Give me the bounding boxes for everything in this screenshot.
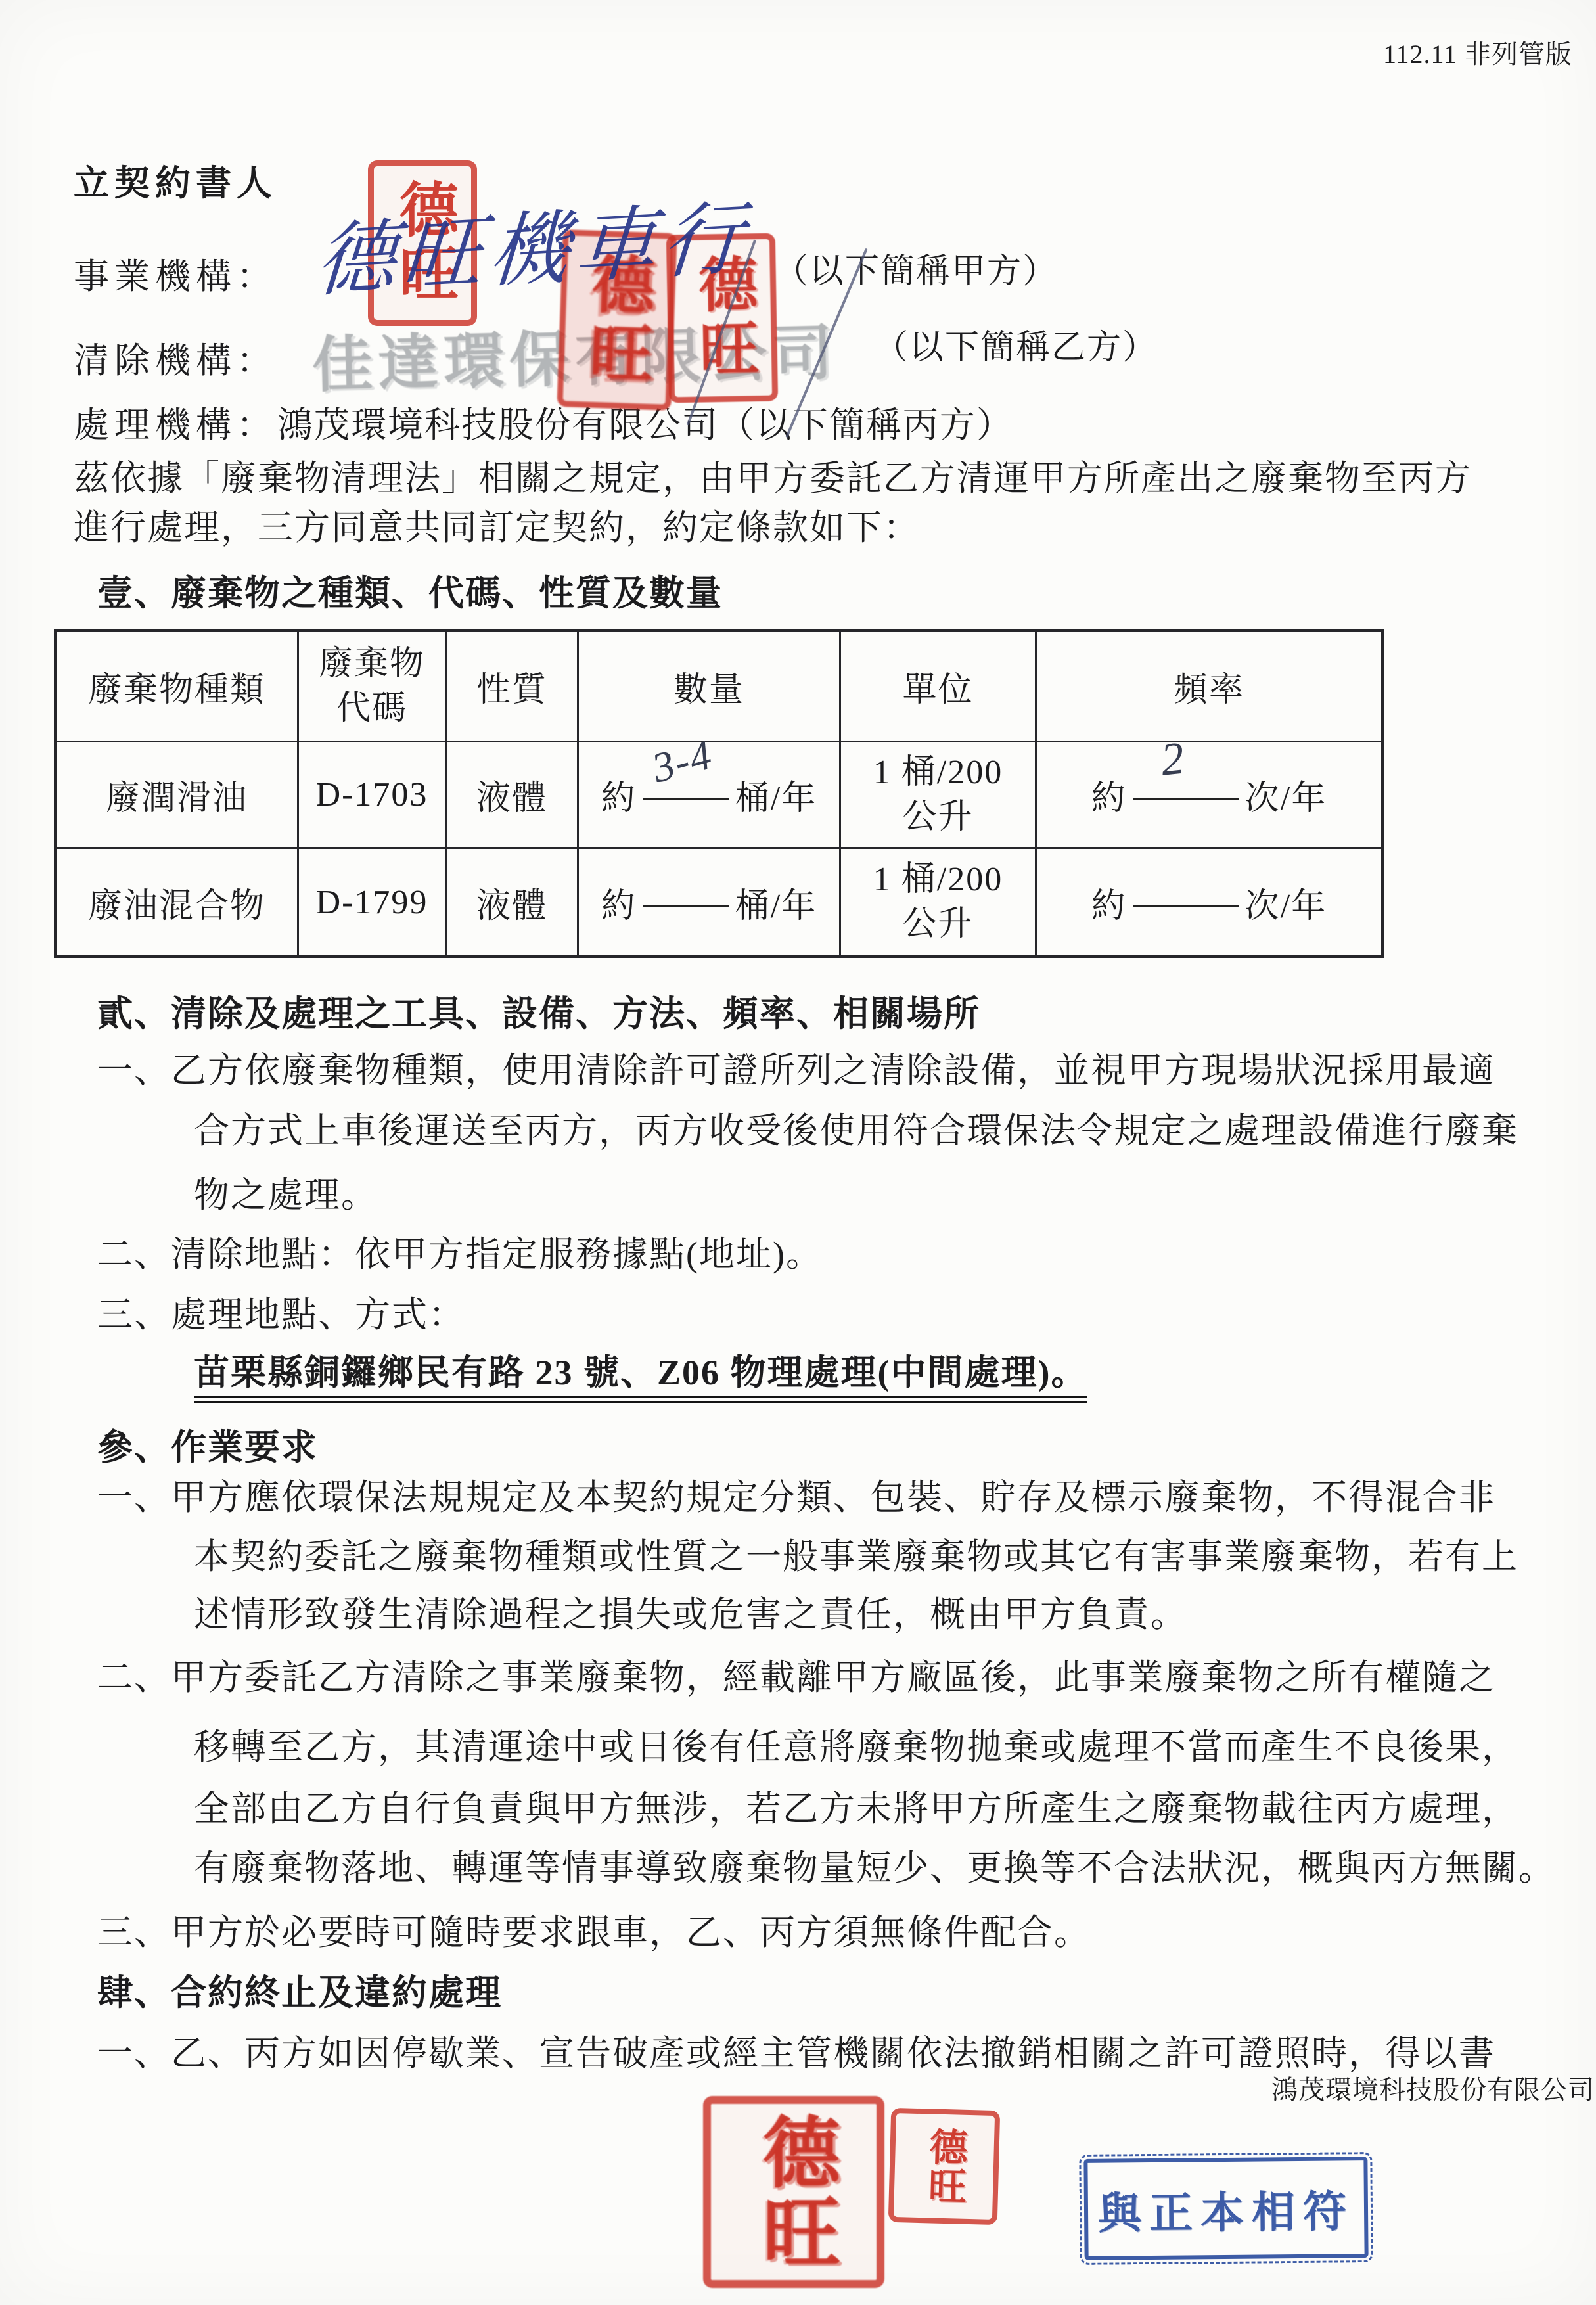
- blank-underline: 3-4: [643, 790, 729, 800]
- clause-line: 一、乙方依廢棄物種類，使用清除許可證所列之清除設備，並視甲方現場狀況採用最適: [97, 1050, 1495, 1091]
- code-cell: D-1799: [299, 849, 447, 955]
- preamble-line: 茲依據「廢棄物清理法」相關之規定，由甲方委託乙方清運甲方所產出之廢棄物至丙方: [74, 458, 1472, 499]
- clause-line: 二、甲方委託乙方清除之事業廢棄物，經載離甲方廠區後，此事業廢棄物之所有權隨之: [97, 1657, 1495, 1698]
- party-c-suffix: （以下簡稱丙方）: [719, 405, 1013, 445]
- clause-line: 有廢棄物落地、轉運等情事導致廢棄物量短少、更換等不合法狀況，概與丙方無關。: [194, 1848, 1555, 1888]
- blank-underline: 2: [1133, 790, 1239, 800]
- blank-underline: [1133, 897, 1239, 907]
- blank-underline: [643, 897, 729, 907]
- table-header-nature: 性質: [447, 632, 579, 742]
- code-cell: D-1703: [299, 742, 447, 849]
- table-header-waste-type: 廢棄物種類: [57, 632, 299, 742]
- clause-line: 一、甲方應依環保法規規定及本契約規定分類、包裝、貯存及標示廢棄物，不得混合非: [97, 1477, 1495, 1518]
- section2-heading: 貳、清除及處理之工具、設備、方法、頻率、相關場所: [97, 993, 980, 1034]
- party-b-suffix: （以下簡稱乙方）: [874, 329, 1158, 368]
- certification-stamp-text: 與正本相符: [1098, 2176, 1355, 2241]
- seal-text: 德旺: [915, 2126, 972, 2206]
- waste-type-cell: 廢潤滑油: [57, 742, 299, 849]
- preamble-line: 進行處理，三方同意共同訂定契約，約定條款如下：: [74, 507, 920, 548]
- section3-heading: 參、作業要求: [97, 1427, 318, 1468]
- seal-text: 德旺: [738, 2112, 850, 2272]
- party-a-suffix: （以下簡稱甲方）: [774, 252, 1058, 292]
- red-seal-stamp: 德旺: [888, 2108, 1000, 2225]
- frequency-cell: 約2次/年: [1037, 742, 1381, 849]
- unit-cell: 1 桶/200公升: [841, 849, 1037, 955]
- table-header-quantity: 數量: [579, 632, 841, 742]
- table-header-frequency: 頻率: [1037, 632, 1381, 742]
- waste-type-cell: 廢油混合物: [57, 849, 299, 955]
- clause-line: 合方式上車後運送至丙方，丙方收受後使用符合環保法令規定之處理設備進行廢棄: [194, 1110, 1518, 1151]
- page-title: 立契約書人: [74, 163, 277, 204]
- contract-scan-page: 112.11 非列管版 立契約書人 事業機構： 德旺機車行 （以下簡稱甲方） 德…: [0, 0, 1596, 2305]
- clause-line: 移轉至乙方，其清運途中或日後有任意將廢棄物拋棄或處理不當而產生不良後果，: [194, 1727, 1518, 1768]
- quantity-cell: 約3-4桶/年: [579, 742, 841, 849]
- table-header-unit: 單位: [841, 632, 1037, 742]
- clause-line: 物之處理。: [194, 1175, 378, 1216]
- party-c-name: 鴻茂環境科技股份有限公司: [277, 405, 719, 445]
- footer-company-name: 鴻茂環境科技股份有限公司: [1271, 2075, 1595, 2105]
- version-label: 112.11 非列管版: [1383, 39, 1572, 70]
- table-header-code: 廢棄物代碼: [299, 632, 447, 742]
- frequency-cell: 約次/年: [1037, 849, 1381, 955]
- section4-heading: 肆、合約終止及違約處理: [97, 1973, 502, 2013]
- clause-line: 述情形致發生清除過程之損失或危害之責任，概由甲方負責。: [194, 1594, 1187, 1635]
- treatment-address: 苗栗縣銅鑼鄉民有路 23 號、Z06 物理處理(中間處理)。: [194, 1353, 1087, 1403]
- party-b-label: 清除機構：: [74, 340, 277, 381]
- clause-line: 本契約委託之廢棄物種類或性質之一般事業廢棄物或其它有害事業廢棄物，若有上: [194, 1536, 1518, 1577]
- red-seal-stamp-large: 德旺: [703, 2096, 884, 2288]
- clause-line: 二、清除地點：依甲方指定服務據點(地址)。: [97, 1234, 823, 1275]
- quantity-cell: 約桶/年: [579, 849, 841, 955]
- nature-cell: 液體: [447, 742, 579, 849]
- clause-line: 一、乙、丙方如因停歇業、宣告破產或經主管機關依法撤銷相關之許可證照時，得以書: [97, 2033, 1495, 2074]
- clause-line: 三、處理地點、方式：: [97, 1294, 465, 1335]
- party-c-label: 處理機構：: [74, 405, 277, 445]
- certified-true-copy-stamp: 與正本相符: [1083, 2157, 1368, 2260]
- nature-cell: 液體: [447, 849, 579, 955]
- waste-table: 廢棄物種類 廢棄物代碼 性質 數量 單位 頻率 廢潤滑油 D-1703 液體 約…: [54, 629, 1384, 958]
- section1-heading: 壹、廢棄物之種類、代碼、性質及數量: [97, 573, 723, 614]
- handwritten-frequency: 2: [1158, 732, 1188, 787]
- clause-line: 三、甲方於必要時可隨時要求跟車，乙、丙方須無條件配合。: [97, 1912, 1091, 1953]
- party-a-label: 事業機構：: [74, 256, 277, 297]
- clause-line: 全部由乙方自行負責與甲方無涉，若乙方未將甲方所產生之廢棄物載往丙方處理，: [194, 1789, 1518, 1829]
- unit-cell: 1 桶/200公升: [841, 742, 1037, 849]
